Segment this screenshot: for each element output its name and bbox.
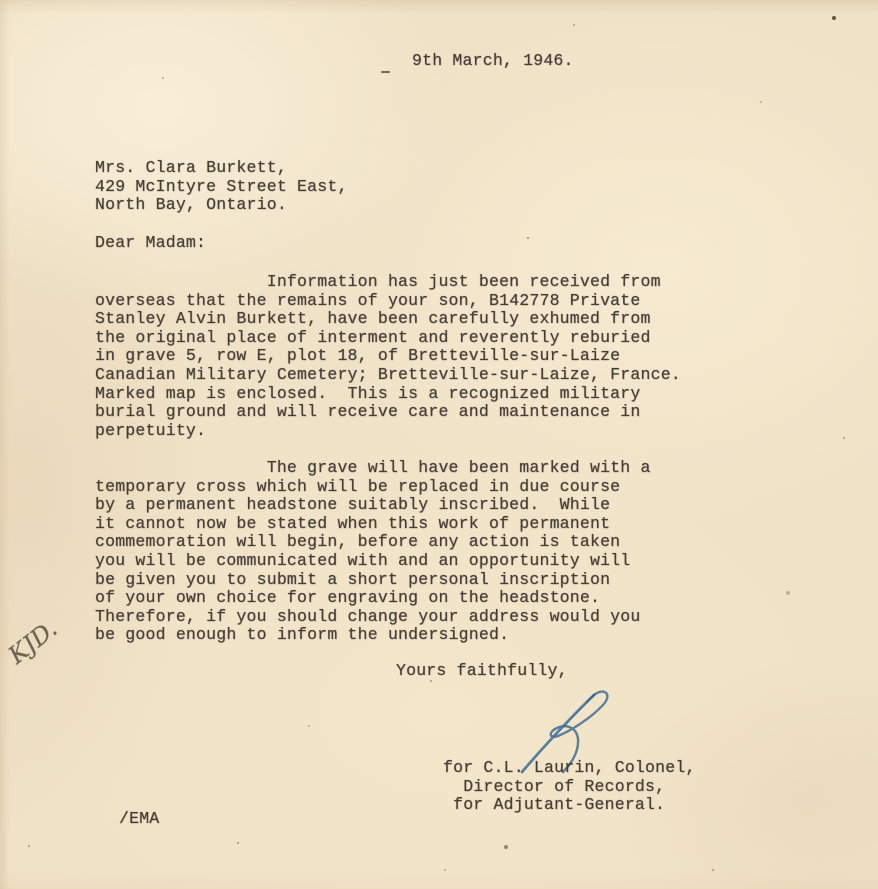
handwritten-initials: KJD. <box>3 614 62 669</box>
stray-dash-mark <box>381 71 390 73</box>
typist-initials: /EMA <box>119 810 159 829</box>
salutation: Dear Madam: <box>95 234 206 253</box>
body-paragraph-2: The grave will have been marked with a t… <box>95 459 651 645</box>
letter-date: 9th March, 1946. <box>412 52 574 71</box>
closing-valediction: Yours faithfully, <box>396 662 568 681</box>
body-paragraph-1: Information has just been received from … <box>95 273 681 440</box>
signature-block: for C.L. Laurin, Colonel, Director of Re… <box>443 759 696 815</box>
recipient-address: Mrs. Clara Burkett, 429 McIntyre Street … <box>95 159 348 215</box>
letter-page: 9th March, 1946. Mrs. Clara Burkett, 429… <box>0 0 878 889</box>
paper-specks <box>0 0 2 2</box>
